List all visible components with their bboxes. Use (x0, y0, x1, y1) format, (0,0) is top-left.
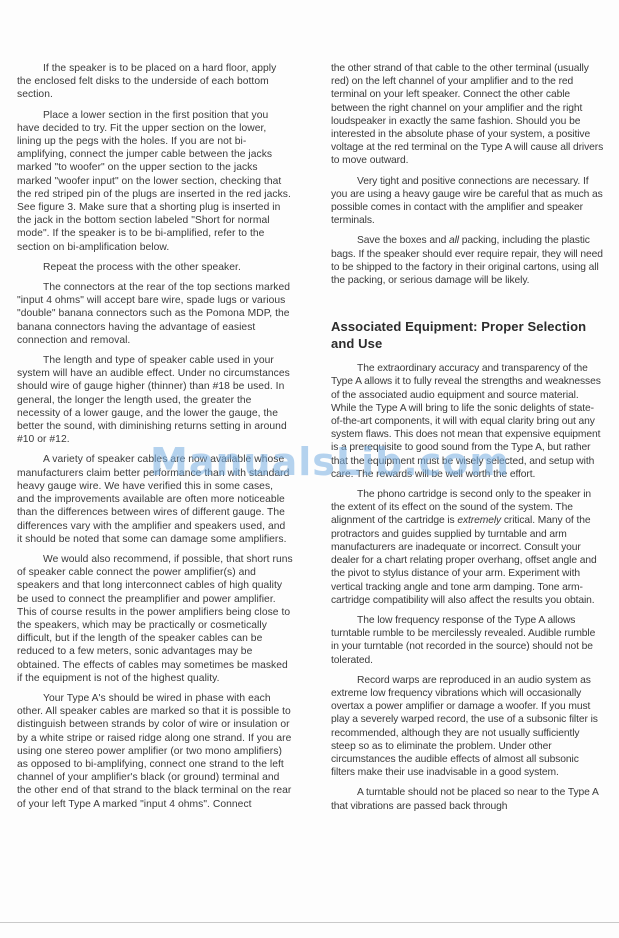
phono-text-after: critical. Many of the protractors and gu… (331, 515, 597, 605)
paragraph-accuracy: The extraordinary accuracy and transpare… (331, 362, 605, 481)
paragraph-short-runs: We would also recommend, if possible, th… (17, 553, 293, 685)
left-column: If the speaker is to be placed on a hard… (17, 62, 293, 818)
manual-page: If the speaker is to be placed on a hard… (0, 0, 619, 938)
paragraph-save-boxes: Save the boxes and all packing, includin… (331, 234, 605, 287)
paragraph-felt-disks: If the speaker is to be placed on a hard… (17, 62, 293, 102)
paragraph-place-lower-section: Place a lower section in the first posit… (17, 109, 293, 254)
paragraph-phase-wiring-continued: the other strand of that cable to the ot… (331, 62, 605, 168)
paragraph-record-warps: Record warps are reproduced in an audio … (331, 674, 605, 780)
page-bottom-divider (0, 922, 619, 923)
section-heading-associated-equipment: Associated Equipment: Proper Selection a… (331, 318, 605, 352)
save-emphasis: all (449, 235, 459, 246)
paragraph-speaker-cables: A variety of speaker cables are now avai… (17, 453, 293, 545)
paragraph-tight-connections: Very tight and positive connections are … (331, 175, 605, 228)
paragraph-phase-wiring: Your Type A's should be wired in phase w… (17, 692, 293, 811)
paragraph-low-frequency: The low frequency response of the Type A… (331, 614, 605, 667)
paragraph-connectors: The connectors at the rear of the top se… (17, 281, 293, 347)
paragraph-repeat-process: Repeat the process with the other speake… (17, 261, 293, 274)
phono-emphasis: extremely (457, 515, 501, 526)
paragraph-turntable-placement: A turntable should not be placed so near… (331, 786, 605, 812)
right-column: the other strand of that cable to the ot… (331, 62, 605, 820)
paragraph-phono-cartridge: The phono cartridge is second only to th… (331, 488, 605, 607)
paragraph-cable-length: The length and type of speaker cable use… (17, 354, 293, 446)
save-text-before: Save the boxes and (357, 235, 449, 246)
